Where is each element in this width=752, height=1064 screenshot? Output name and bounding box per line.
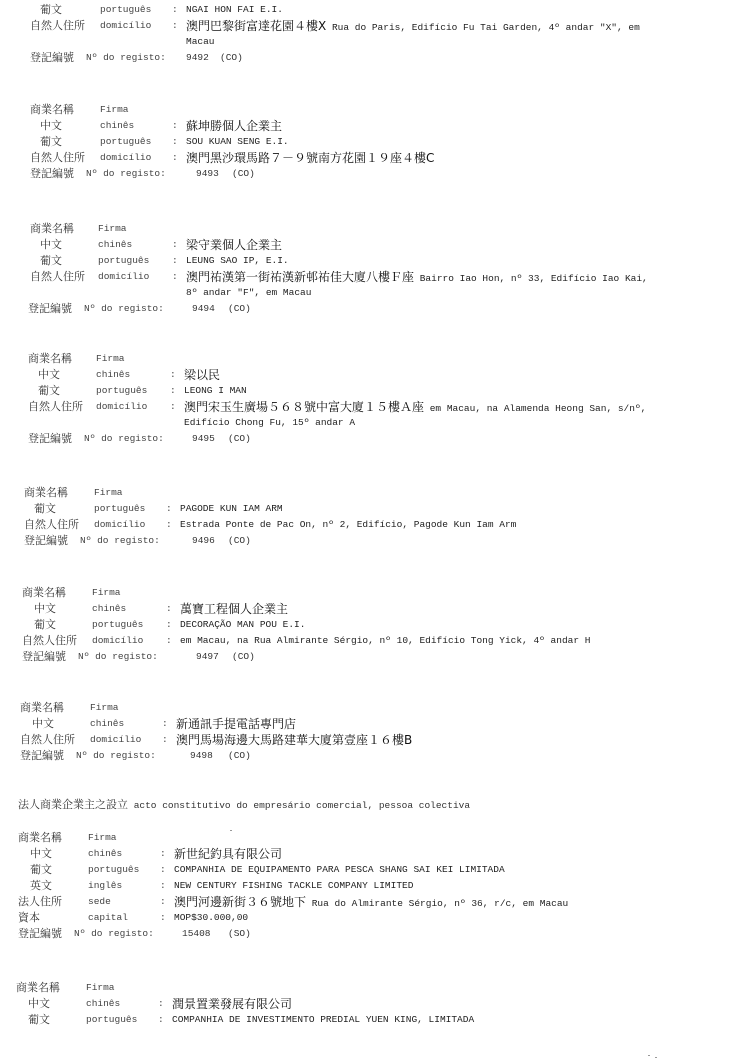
colon: : bbox=[166, 501, 172, 517]
portugues-value: COMPANHIA DE INVESTIMENTO PREDIAL YUEN K… bbox=[172, 1012, 474, 1028]
registo-type: (CO) bbox=[228, 748, 251, 764]
sede-row: 法人住所 sede : 澳門河邊新街３６號地下 Rua do Almirante… bbox=[0, 894, 752, 910]
section-title-zh: 法人商業企業主之設立 bbox=[18, 798, 128, 811]
portugues-label-zh: 葡文 bbox=[40, 134, 62, 150]
colon: : bbox=[172, 237, 178, 253]
domicilio-value-pt: Bairro Iao Hon, nº 33, Edifício Iao Kai, bbox=[420, 273, 648, 284]
firma-label-zh: 商業名稱 bbox=[16, 980, 60, 996]
chines-label-pt: chinês bbox=[88, 846, 122, 862]
registo-label-zh: 登記編號 bbox=[22, 649, 66, 665]
sede-label-pt: sede bbox=[88, 894, 111, 910]
colon: : bbox=[160, 878, 166, 894]
chines-label-pt: chinês bbox=[90, 716, 124, 732]
domicilio-continuation-row: Edifício Chong Fu, 15º andar A bbox=[0, 415, 752, 431]
scan-speck bbox=[230, 830, 232, 831]
domicilio-value-zh: 澳門巴黎街富達花園４樓X bbox=[186, 19, 326, 33]
domicilio-value-zh: 澳門馬場海邊大馬路建華大廈第壹座１６樓B bbox=[176, 733, 412, 747]
domicilio-row: 自然人住所 domicílio : Estrada Ponte de Pac O… bbox=[0, 517, 752, 533]
registo-type: (CO) bbox=[232, 166, 255, 182]
company-15408: 商業名稱 Firma 中文 chinês : 新世紀釣具有限公司 葡文 port… bbox=[0, 830, 752, 942]
registo-number: 9497 bbox=[196, 649, 219, 665]
domicilio-row: 自然人住所 domicílio : 澳門黑沙環馬路７－９號南方花園１９座４樓C bbox=[0, 150, 752, 166]
domicilio-value-zh: 澳門宋玉生廣場５６８號中富大廈１５樓Ａ座 bbox=[184, 400, 424, 414]
registo-label-zh: 登記編號 bbox=[30, 166, 74, 182]
ingles-value: NEW CENTURY FISHING TACKLE COMPANY LIMIT… bbox=[174, 878, 413, 894]
record-9498: 商業名稱 Firma 中文 chinês : 新通訊手提電話專門店 自然人住所 … bbox=[0, 700, 752, 764]
registo-row: 登記編號 Nº do registo: 9494 (CO) bbox=[0, 301, 752, 317]
domicilio-label-zh: 自然人住所 bbox=[30, 18, 85, 34]
portugues-label-pt: português bbox=[100, 134, 151, 150]
domicilio-row: 自然人住所 domicílio : em Macau, na Rua Almir… bbox=[0, 633, 752, 649]
registo-number: 9496 bbox=[192, 533, 215, 549]
domicilio-value: em Macau, na Rua Almirante Sérgio, nº 10… bbox=[180, 633, 590, 649]
portugues-label-pt: português bbox=[88, 862, 139, 878]
domicilio-label-zh: 自然人住所 bbox=[20, 732, 75, 748]
registo-number: 9493 bbox=[196, 166, 219, 182]
capital-label-pt: capital bbox=[88, 910, 128, 926]
chines-row: 中文 chinês : 蘇坤勝個人企業主 bbox=[0, 118, 752, 134]
sede-value-zh: 澳門河邊新街３６號地下 bbox=[174, 895, 306, 909]
sede-value-pt: Rua do Almirante Sérgio, nº 36, r/c, em … bbox=[312, 898, 569, 909]
portugues-row: 葡文 português : DECORAÇÃO MAN POU E.I. bbox=[0, 617, 752, 633]
portugues-value: NGAI HON FAI E.I. bbox=[186, 2, 283, 18]
record-9494: 商業名稱 Firma 中文 chinês : 梁守業個人企業主 葡文 portu… bbox=[0, 221, 752, 317]
colon: : bbox=[162, 716, 168, 732]
firma-label-pt: Firma bbox=[90, 700, 119, 716]
portugues-row: 葡文 português : NGAI HON FAI E.I. bbox=[0, 2, 752, 18]
domicilio-label-zh: 自然人住所 bbox=[24, 517, 79, 533]
ingles-label-pt: inglês bbox=[88, 878, 122, 894]
registo-row: 登記編號 Nº do registo: 9495 (CO) bbox=[0, 431, 752, 447]
colon: : bbox=[172, 18, 178, 34]
registo-label-zh: 登記編號 bbox=[18, 926, 62, 942]
firma-label-pt: Firma bbox=[100, 102, 129, 118]
portugues-label-pt: português bbox=[100, 2, 151, 18]
registo-type: (CO) bbox=[228, 533, 251, 549]
colon: : bbox=[170, 399, 176, 415]
colon: : bbox=[160, 862, 166, 878]
document-page: 葡文 português : NGAI HON FAI E.I. 自然人住所 d… bbox=[0, 0, 752, 1064]
colon: : bbox=[158, 1012, 164, 1028]
colon: : bbox=[166, 601, 172, 617]
firma-row: 商業名稱 Firma bbox=[0, 351, 752, 367]
domicilio-label-pt: domicílio bbox=[98, 269, 149, 285]
chines-row: 中文 chinês : 萬寶工程個人企業主 bbox=[0, 601, 752, 617]
section-title: 法人商業企業主之設立 acto constitutivo do empresár… bbox=[18, 797, 470, 814]
registo-label-pt: Nº do registo: bbox=[84, 431, 164, 447]
chines-label-pt: chinês bbox=[92, 601, 126, 617]
section-heading-row: 法人商業企業主之設立 acto constitutivo do empresár… bbox=[0, 797, 752, 813]
firma-row: 商業名稱 Firma bbox=[0, 980, 752, 996]
chines-label-zh: 中文 bbox=[40, 237, 62, 253]
domicilio-continuation: 8º andar "F", em Macau bbox=[186, 285, 311, 301]
registo-number: 9495 bbox=[192, 431, 215, 447]
colon: : bbox=[160, 910, 166, 926]
domicilio-label-pt: domicílio bbox=[100, 150, 151, 166]
portugues-label-zh: 葡文 bbox=[28, 1012, 50, 1028]
colon: : bbox=[172, 2, 178, 18]
chines-value-text: 新世紀釣具有限公司 bbox=[174, 847, 282, 861]
firma-label-zh: 商業名稱 bbox=[30, 221, 74, 237]
domicilio-label-pt: domicílio bbox=[96, 399, 147, 415]
chines-label-pt: chinês bbox=[100, 118, 134, 134]
record-9497: 商業名稱 Firma 中文 chinês : 萬寶工程個人企業主 葡文 port… bbox=[0, 585, 752, 665]
portugues-row: 葡文 português : PAGODE KUN IAM ARM bbox=[0, 501, 752, 517]
colon: : bbox=[166, 617, 172, 633]
registo-label-pt: Nº do registo: bbox=[86, 50, 166, 66]
registo-label-pt: Nº do registo: bbox=[84, 301, 164, 317]
firma-row: 商業名稱 Firma bbox=[0, 102, 752, 118]
firma-label-pt: Firma bbox=[92, 585, 121, 601]
portugues-row: 葡文 português : LEUNG SAO IP, E.I. bbox=[0, 253, 752, 269]
ingles-label-zh: 英文 bbox=[30, 878, 52, 894]
firma-label-zh: 商業名稱 bbox=[20, 700, 64, 716]
domicilio-label-zh: 自然人住所 bbox=[28, 399, 83, 415]
registo-number: 15408 bbox=[182, 926, 211, 942]
colon: : bbox=[172, 118, 178, 134]
registo-row: 登記編號 Nº do registo: 9496 (CO) bbox=[0, 533, 752, 549]
section-heading: 法人商業企業主之設立 acto constitutivo do empresár… bbox=[0, 797, 752, 813]
firma-label-zh: 商業名稱 bbox=[22, 585, 66, 601]
firma-label-zh: 商業名稱 bbox=[30, 102, 74, 118]
section-title-pt: acto constitutivo do empresário comercia… bbox=[134, 800, 470, 811]
chines-label-zh: 中文 bbox=[28, 996, 50, 1012]
capital-label-zh: 資本 bbox=[18, 910, 40, 926]
portugues-label-zh: 葡文 bbox=[34, 617, 56, 633]
portugues-label-zh: 葡文 bbox=[40, 2, 62, 18]
colon: : bbox=[170, 367, 176, 383]
domicilio-label-pt: domicílio bbox=[90, 732, 141, 748]
chines-label-zh: 中文 bbox=[32, 716, 54, 732]
colon: : bbox=[158, 996, 164, 1012]
portugues-row: 葡文 português : LEONG I MAN bbox=[0, 383, 752, 399]
domicilio-label-pt: domicílio bbox=[92, 633, 143, 649]
registo-row: 登記編號 Nº do registo: 9497 (CO) bbox=[0, 649, 752, 665]
sede-label-zh: 法人住所 bbox=[18, 894, 62, 910]
portugues-label-zh: 葡文 bbox=[30, 862, 52, 878]
portugues-row: 葡文 português : SOU KUAN SENG E.I. bbox=[0, 134, 752, 150]
portugues-label-pt: português bbox=[96, 383, 147, 399]
portugues-label-zh: 葡文 bbox=[38, 383, 60, 399]
chines-label-zh: 中文 bbox=[34, 601, 56, 617]
colon: : bbox=[172, 253, 178, 269]
portugues-value: LEONG I MAN bbox=[184, 383, 247, 399]
portugues-label-pt: português bbox=[94, 501, 145, 517]
registo-number: 9494 bbox=[192, 301, 215, 317]
domicilio-row: 自然人住所 domicílio : 澳門馬場海邊大馬路建華大廈第壹座１６樓B bbox=[0, 732, 752, 748]
portugues-row: 葡文 português : COMPANHIA DE INVESTIMENTO… bbox=[0, 1012, 752, 1028]
scan-speck bbox=[655, 1057, 657, 1058]
domicilio-continuation: Macau bbox=[186, 34, 215, 50]
firma-label-pt: Firma bbox=[98, 221, 127, 237]
chines-label-zh: 中文 bbox=[40, 118, 62, 134]
registo-label-pt: Nº do registo: bbox=[76, 748, 156, 764]
registo-row: 登記編號 Nº do registo: 9498 (CO) bbox=[0, 748, 752, 764]
domicilio-row: 自然人住所 domicílio : 澳門祐漢第一街祐漢新邨祐佳大廈八樓Ｆ座 Ba… bbox=[0, 269, 752, 285]
registo-label-pt: Nº do registo: bbox=[78, 649, 158, 665]
registo-label-pt: Nº do registo: bbox=[80, 533, 160, 549]
domicilio-value-pt: em Macau, na Alamenda Heong San, s/nº, bbox=[430, 403, 647, 414]
colon: : bbox=[160, 894, 166, 910]
domicilio-label-zh: 自然人住所 bbox=[30, 150, 85, 166]
registo-label-zh: 登記編號 bbox=[20, 748, 64, 764]
domicilio-row: 自然人住所 domicílio : 澳門宋玉生廣場５６８號中富大廈１５樓Ａ座 e… bbox=[0, 399, 752, 415]
colon: : bbox=[170, 383, 176, 399]
chines-value-text: 萬寶工程個人企業主 bbox=[180, 602, 288, 616]
registo-number: 9492 bbox=[186, 50, 209, 66]
domicilio-continuation-row: Macau bbox=[0, 34, 752, 50]
firma-label-pt: Firma bbox=[94, 485, 123, 501]
firma-row: 商業名稱 Firma bbox=[0, 585, 752, 601]
domicilio-value-pt: Rua do Paris, Edifício Fu Tai Garden, 4º… bbox=[332, 22, 640, 33]
chines-label-pt: chinês bbox=[98, 237, 132, 253]
ingles-row: 英文 inglês : NEW CENTURY FISHING TACKLE C… bbox=[0, 878, 752, 894]
capital-value: MOP$30.000,00 bbox=[174, 910, 248, 926]
chines-value-text: 梁守業個人企業主 bbox=[186, 238, 282, 252]
registo-type: (CO) bbox=[232, 649, 255, 665]
firma-label-pt: Firma bbox=[96, 351, 125, 367]
registo-type: (SO) bbox=[228, 926, 251, 942]
firma-label-pt: Firma bbox=[86, 980, 115, 996]
domicilio-label-zh: 自然人住所 bbox=[30, 269, 85, 285]
chines-value-text: 梁以民 bbox=[184, 368, 220, 382]
registo-label-zh: 登記編號 bbox=[28, 431, 72, 447]
chines-value-text: 蘇坤勝個人企業主 bbox=[186, 119, 282, 133]
colon: : bbox=[162, 732, 168, 748]
chines-row: 中文 chinês : 梁以民 bbox=[0, 367, 752, 383]
colon: : bbox=[172, 269, 178, 285]
domicilio-value-zh: 澳門黑沙環馬路７－９號南方花園１９座４樓C bbox=[186, 151, 434, 165]
chines-row: 中文 chinês : 梁守業個人企業主 bbox=[0, 237, 752, 253]
registo-row: 登記編號 Nº do registo: 15408 (SO) bbox=[0, 926, 752, 942]
chines-value-text: 新通訊手提電話專門店 bbox=[176, 717, 296, 731]
domicilio-continuation: Edifício Chong Fu, 15º andar A bbox=[184, 415, 355, 431]
firma-label-pt: Firma bbox=[88, 830, 117, 846]
registo-row: 登記編號 Nº do registo: 9493 (CO) bbox=[0, 166, 752, 182]
firma-label-zh: 商業名稱 bbox=[24, 485, 68, 501]
firma-label-zh: 商業名稱 bbox=[18, 830, 62, 846]
portugues-label-pt: português bbox=[92, 617, 143, 633]
record-9496: 商業名稱 Firma 葡文 português : PAGODE KUN IAM… bbox=[0, 485, 752, 549]
registo-label-zh: 登記編號 bbox=[24, 533, 68, 549]
firma-row: 商業名稱 Firma bbox=[0, 485, 752, 501]
portugues-value: DECORAÇÃO MAN POU E.I. bbox=[180, 617, 305, 633]
record-9495: 商業名稱 Firma 中文 chinês : 梁以民 葡文 português … bbox=[0, 351, 752, 447]
colon: : bbox=[172, 134, 178, 150]
colon: : bbox=[166, 517, 172, 533]
domicilio-row: 自然人住所 domicílio : 澳門巴黎街富達花園４樓X Rua do Pa… bbox=[0, 18, 752, 34]
colon: : bbox=[160, 846, 166, 862]
company-yuen-king: 商業名稱 Firma 中文 chinês : 潤景置業發展有限公司 葡文 por… bbox=[0, 980, 752, 1028]
registo-label-zh: 登記編號 bbox=[30, 50, 74, 66]
chines-row: 中文 chinês : 潤景置業發展有限公司 bbox=[0, 996, 752, 1012]
colon: : bbox=[172, 150, 178, 166]
chines-label-pt: chinês bbox=[86, 996, 120, 1012]
domicilio-continuation-row: 8º andar "F", em Macau bbox=[0, 285, 752, 301]
registo-type: (CO) bbox=[220, 50, 243, 66]
domicilio-value-zh: 澳門祐漢第一街祐漢新邨祐佳大廈八樓Ｆ座 bbox=[186, 270, 414, 284]
firma-label-zh: 商業名稱 bbox=[28, 351, 72, 367]
chines-label-zh: 中文 bbox=[30, 846, 52, 862]
domicilio-label-pt: domicílio bbox=[100, 18, 151, 34]
registo-type: (CO) bbox=[228, 431, 251, 447]
scan-speck bbox=[648, 1055, 650, 1056]
domicilio-label-zh: 自然人住所 bbox=[22, 633, 77, 649]
chines-row: 中文 chinês : 新通訊手提電話專門店 bbox=[0, 716, 752, 732]
chines-value-text: 潤景置業發展有限公司 bbox=[172, 997, 292, 1011]
firma-row: 商業名稱 Firma bbox=[0, 221, 752, 237]
registo-label-pt: Nº do registo: bbox=[86, 166, 166, 182]
capital-row: 資本 capital : MOP$30.000,00 bbox=[0, 910, 752, 926]
chines-label-zh: 中文 bbox=[38, 367, 60, 383]
domicilio-label-pt: domicílio bbox=[94, 517, 145, 533]
portugues-value: PAGODE KUN IAM ARM bbox=[180, 501, 283, 517]
colon: : bbox=[166, 633, 172, 649]
registo-type: (CO) bbox=[228, 301, 251, 317]
portugues-value: SOU KUAN SENG E.I. bbox=[186, 134, 289, 150]
record-9493: 商業名稱 Firma 中文 chinês : 蘇坤勝個人企業主 葡文 portu… bbox=[0, 102, 752, 182]
portugues-row: 葡文 português : COMPANHIA DE EQUIPAMENTO … bbox=[0, 862, 752, 878]
registo-row: 登記編號 Nº do registo: 9492 (CO) bbox=[0, 50, 752, 66]
chines-label-pt: chinês bbox=[96, 367, 130, 383]
registo-label-zh: 登記編號 bbox=[28, 301, 72, 317]
registo-number: 9498 bbox=[190, 748, 213, 764]
record-9492: 葡文 português : NGAI HON FAI E.I. 自然人住所 d… bbox=[0, 2, 752, 66]
registo-label-pt: Nº do registo: bbox=[74, 926, 154, 942]
portugues-label-zh: 葡文 bbox=[34, 501, 56, 517]
domicilio-value: Estrada Ponte de Pac On, nº 2, Edifício,… bbox=[180, 517, 516, 533]
portugues-label-zh: 葡文 bbox=[40, 253, 62, 269]
firma-row: 商業名稱 Firma bbox=[0, 830, 752, 846]
portugues-value: LEUNG SAO IP, E.I. bbox=[186, 253, 289, 269]
portugues-label-pt: português bbox=[98, 253, 149, 269]
portugues-value: COMPANHIA DE EQUIPAMENTO PARA PESCA SHAN… bbox=[174, 862, 505, 878]
portugues-label-pt: português bbox=[86, 1012, 137, 1028]
chines-row: 中文 chinês : 新世紀釣具有限公司 bbox=[0, 846, 752, 862]
firma-row: 商業名稱 Firma bbox=[0, 700, 752, 716]
